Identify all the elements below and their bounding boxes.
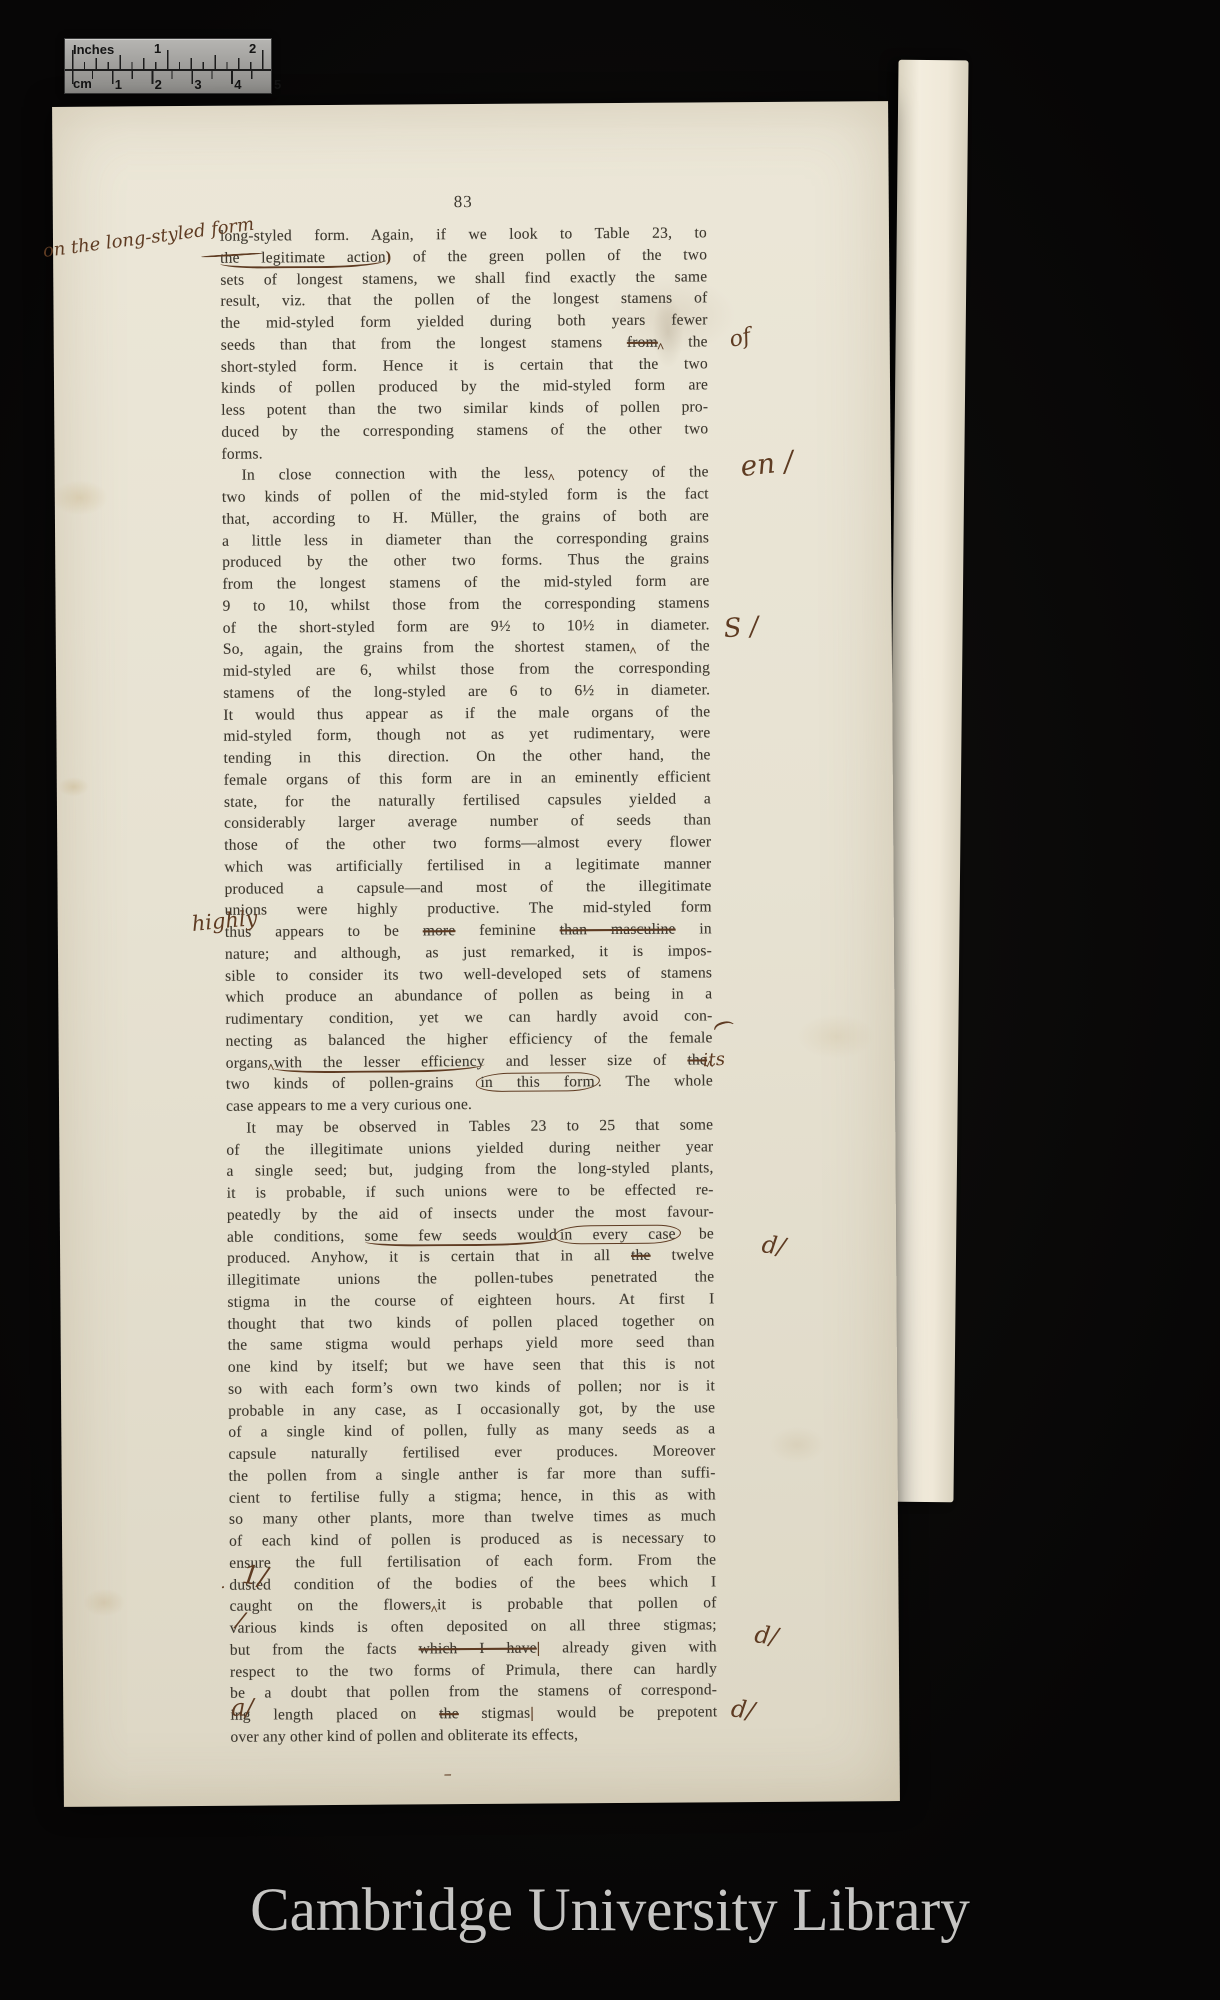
ruler-inch-number: 1 (154, 41, 161, 56)
text-line: various kinds is often deposited on all … (230, 1614, 717, 1639)
library-caption: Cambridge University Library (18, 1876, 1201, 1946)
text-line: illegitimate unions the pollen-tubes pen… (227, 1266, 714, 1291)
printed-text: illegitimate unions the pollen-tubes pen… (227, 1268, 714, 1288)
printed-text: which produce an abundance of pollen as … (225, 986, 712, 1006)
text-line: nature; and although, as just remarked, … (225, 940, 712, 965)
text-line: of each kind of pollen is produced as is… (229, 1527, 716, 1552)
text-line: 9 to 10, whilst those from the correspon… (222, 592, 709, 617)
page-number: 83 (220, 190, 707, 213)
printed-text: case appears to me a very curious one. (226, 1096, 472, 1115)
insertion-caret-mark: ^ (430, 1603, 438, 1618)
text-line: so with each form’s own two kinds of pol… (228, 1375, 715, 1400)
text-line: which was artificially fertilised in a l… (224, 853, 711, 878)
printed-text: It would thus appear as if the male orga… (223, 703, 710, 723)
text-line: two kinds of pollen of the mid-styled fo… (222, 483, 709, 508)
ruler-cm-number: 2 (155, 77, 162, 92)
printed-text: be a doubt that pollen from the stamens … (230, 1682, 717, 1702)
printed-text: state, for the naturally fertilised caps… (224, 790, 711, 810)
proof-mark-a-slash: a/ (231, 1694, 254, 1722)
text-line: ing length placed on the stigmas| would … (230, 1701, 717, 1726)
printed-text: dusted condition of the bodies of the be… (229, 1573, 716, 1593)
circled-text: in this form (475, 1072, 599, 1092)
printed-text: and lesser size of (485, 1051, 688, 1069)
struck-out-text: the (439, 1705, 459, 1722)
printed-text: the (664, 333, 708, 350)
printed-text: of each kind of pollen is produced as is… (229, 1529, 716, 1549)
printed-text: the same stigma would perhaps yield more… (228, 1334, 715, 1354)
text-line: less potent than the two similar kinds o… (221, 396, 708, 421)
proof-mark-slash-1: 1/ (240, 1560, 269, 1593)
printed-text: seeds than that from the longest stamens (221, 334, 627, 354)
printed-text: that, according to H. Müller, the grains… (222, 507, 709, 527)
printed-text: ensure the full fertilisation of each fo… (229, 1551, 716, 1571)
printed-text: forms. (221, 445, 262, 462)
marginal-note-en: en / (739, 444, 795, 483)
printed-text: which was artificially fertilised in a l… (224, 855, 711, 875)
printed-text: a single seed; but, judging from the lon… (226, 1160, 713, 1180)
printed-text: rudimentary condition, yet we can hardly… (225, 1007, 712, 1027)
printed-text: those of the other two forms—almost ever… (224, 833, 711, 853)
scanned-page: 83 long-styled form. Again, if we look t… (52, 101, 900, 1807)
underlined-text: the legitimate action (220, 248, 386, 268)
proof-mark-curve: ( (709, 1015, 735, 1034)
ruler-inches-scale: Inches 12 (65, 39, 271, 71)
printed-text: of a single kind of pollen, fully as man… (228, 1421, 715, 1441)
printed-text: a little less in diameter than the corre… (222, 529, 709, 549)
text-line: rudimentary condition, yet we can hardly… (225, 1005, 712, 1030)
printed-text: female organs of this form are in an emi… (224, 768, 711, 788)
text-line: those of the other two forms—almost ever… (224, 831, 711, 856)
printed-text: of the short-styled form are 9½ to 10½ i… (223, 616, 710, 636)
text-line: two kinds of pollen-grains in this form.… (226, 1071, 713, 1096)
ruler: Inches 12 cm 12345 (64, 38, 272, 94)
proof-mark-dele-3: d/ (729, 1694, 756, 1725)
text-line: the mid-styled form yielded during both … (221, 309, 708, 334)
printed-text: capsule naturally fertilised ever produc… (228, 1442, 715, 1462)
printed-text: stamens of the long-styled are 6 to 6½ i… (223, 681, 710, 701)
printed-text: respect to the two forms of Primula, the… (230, 1660, 717, 1680)
printed-text: would be prepotent (534, 1703, 718, 1721)
text-line: from the longest stamens of the mid-styl… (222, 570, 709, 595)
circled-text: in every case (555, 1224, 681, 1244)
ruler-cm-label: cm (73, 76, 92, 91)
printed-text: It may be observed in Tables 23 to 25 th… (246, 1116, 713, 1136)
printed-text: sets of longest stamens, we shall find e… (220, 268, 707, 288)
text-line: female organs of this form are in an emi… (224, 766, 711, 791)
struck-out-text: than masculine (560, 921, 676, 939)
printed-text: in (676, 920, 712, 937)
stray-pencil-dash: – (444, 1764, 452, 1783)
printed-text: so with each form’s own two kinds of pol… (228, 1377, 715, 1397)
text-line: long-styled form. Again, if we look to T… (220, 222, 707, 247)
printed-text: feminine (455, 921, 559, 939)
struck-out-text: the (631, 1247, 651, 1264)
insertion-caret-mark: ^ (547, 471, 555, 486)
printed-text: be (679, 1225, 714, 1242)
printed-text: less potent than the two similar kinds o… (221, 398, 708, 418)
printed-text: thought that two kinds of pollen placed … (228, 1312, 715, 1332)
text-line: mid-styled are 6, whilst those from the … (223, 657, 710, 682)
insertion-caret-mark: ^ (657, 339, 665, 354)
printed-text: caught on the flowers (229, 1597, 431, 1615)
marginal-note-its: its (702, 1049, 726, 1072)
printed-text: In close connection with the less (242, 465, 549, 484)
printed-text: So, again, the grains from the shortest … (223, 638, 630, 658)
printed-text: produced. Anyhow, it is certain that in … (227, 1247, 631, 1267)
ruler-cm-number: 1 (115, 77, 122, 92)
text-line: peatedly by the aid of insects under the… (227, 1201, 714, 1226)
text-line: one kind by itself; but we have seen tha… (228, 1353, 715, 1378)
printed-text: one kind by itself; but we have seen tha… (228, 1355, 715, 1375)
printed-text: result, viz. that the pollen of the long… (220, 290, 707, 310)
printed-text: unions were highly productive. The mid-s… (225, 899, 712, 919)
ruler-cm-number: 3 (194, 77, 201, 92)
printed-text: mid-styled are 6, whilst those from the … (223, 659, 710, 679)
printed-text: necting as balanced the higher efficienc… (226, 1029, 713, 1049)
ruler-cm-scale: cm 12345 (65, 71, 271, 93)
underlined-text: with the lesser efficiency (274, 1052, 485, 1072)
text-line: stigma in the course of eighteen hours. … (227, 1288, 714, 1313)
text-line: stamens of the long-styled are 6 to 6½ i… (223, 679, 710, 704)
printed-text: mid-styled form, though not as yet rudim… (223, 725, 710, 745)
text-line: ensure the full fertilisation of each fo… (229, 1549, 716, 1574)
text-line: that, according to H. Müller, the grains… (222, 505, 709, 530)
insertion-caret-mark: ^ (267, 1060, 275, 1075)
marginal-note-of: of (727, 324, 753, 353)
printed-text: . The whole (598, 1073, 713, 1091)
underlined-text: some few seeds would (365, 1226, 557, 1246)
printed-text: 9 to 10, whilst those from the correspon… (223, 594, 710, 614)
ruler-cm-number: 5 (274, 77, 281, 92)
printed-text: potency of the (554, 464, 709, 482)
text-line: So, again, the grains from the shortest … (223, 636, 710, 661)
printed-text: it is probable, if such unions were to b… (227, 1181, 714, 1201)
proof-mark-dele-2: d/ (753, 1620, 780, 1651)
printed-text: but from the facts (230, 1640, 419, 1658)
marginal-note-s: S / (723, 612, 760, 645)
printed-text: kinds of pollen produced by the mid-styl… (221, 377, 708, 397)
photo-background: { "ruler": { "inches_label": "Inches", "… (0, 0, 1220, 2000)
text-line: tending in this direction. On the other … (224, 744, 711, 769)
printed-text: of the illegitimate unions yielded durin… (226, 1138, 713, 1158)
text-line: but from the facts which I have| already… (230, 1636, 717, 1661)
printed-text: of the (636, 638, 710, 656)
printed-text: able conditions, (227, 1227, 365, 1245)
insertion-caret-mark: ^ (629, 644, 637, 659)
printed-text: stigmas (459, 1705, 531, 1722)
printed-text: organs (226, 1054, 268, 1071)
text-line: duced by the corresponding stamens of th… (221, 418, 708, 443)
text-line: capsule naturally fertilised ever produc… (228, 1440, 715, 1465)
struck-out-text: which I have (419, 1639, 537, 1657)
printed-text: considerably larger average number of se… (224, 812, 711, 832)
printed-text: various kinds is often deposited on all … (230, 1616, 717, 1636)
printed-text: over any other kind of pollen and oblite… (230, 1726, 578, 1745)
ruler-cm-number: 4 (234, 77, 241, 92)
text-line: the legitimate action) of the green poll… (220, 244, 707, 269)
text-block: long-styled form. Again, if we look to T… (220, 222, 718, 1748)
printed-text: cient to fertilise fully a stigma; hence… (229, 1486, 716, 1506)
printed-text: tending in this direction. On the other … (224, 746, 711, 766)
printed-text: two kinds of pollen of the mid-styled fo… (222, 485, 709, 505)
struck-out-text: from (627, 333, 658, 350)
struck-out-text: more (423, 922, 456, 939)
printed-text: from the longest stamens of the mid-styl… (222, 572, 709, 592)
printed-text: peatedly by the aid of insects under the… (227, 1203, 714, 1223)
text-line: necting as balanced the higher efficienc… (226, 1027, 713, 1052)
text-line: seeds than that from the longest stamens… (221, 331, 708, 356)
printed-text: ing length placed on (230, 1705, 439, 1723)
printed-text: sible to consider its two well-developed… (225, 964, 712, 984)
text-line: thus appears to be more feminine than ma… (225, 918, 712, 943)
printed-text: already given with (540, 1638, 717, 1656)
printed-text: nature; and although, as just remarked, … (225, 942, 712, 962)
printed-text: duced by the corresponding stamens of th… (221, 420, 708, 440)
text-line: It may be observed in Tables 23 to 25 th… (226, 1114, 713, 1139)
printed-text: it is probable that pollen of (437, 1595, 717, 1614)
printed-text: probable in any case, as I occasionally … (228, 1399, 715, 1419)
printed-text: long-styled form. Again, if we look to T… (220, 224, 707, 244)
printed-text: so many other plants, more than twelve t… (229, 1508, 716, 1528)
text-line: the pollen from a single anther is far m… (229, 1462, 716, 1487)
printed-text: two kinds of pollen-grains (226, 1074, 478, 1093)
printed-text: produced by the other two forms. Thus th… (222, 551, 709, 571)
text-line: over any other kind of pollen and oblite… (230, 1723, 717, 1748)
ruler-inch-number: 2 (249, 41, 256, 56)
proof-mark-dele-1: d/ (760, 1230, 787, 1261)
proof-mark-slash-dot: · (220, 1578, 225, 1597)
printed-text: short-styled form. Hence it is certain t… (221, 355, 708, 375)
printed-text: produced a capsule—and most of the illeg… (224, 877, 711, 897)
text-line: it is probable, if such unions were to b… (227, 1179, 714, 1204)
printed-text: twelve (651, 1247, 715, 1264)
ruler-inches-label: Inches (73, 42, 114, 57)
printed-text: stigma in the course of eighteen hours. … (227, 1290, 714, 1310)
printed-text: the pollen from a single anther is far m… (229, 1464, 716, 1484)
printed-text: of the green pollen of the two (391, 246, 707, 265)
printed-text: the mid-styled form yielded during both … (221, 311, 708, 331)
